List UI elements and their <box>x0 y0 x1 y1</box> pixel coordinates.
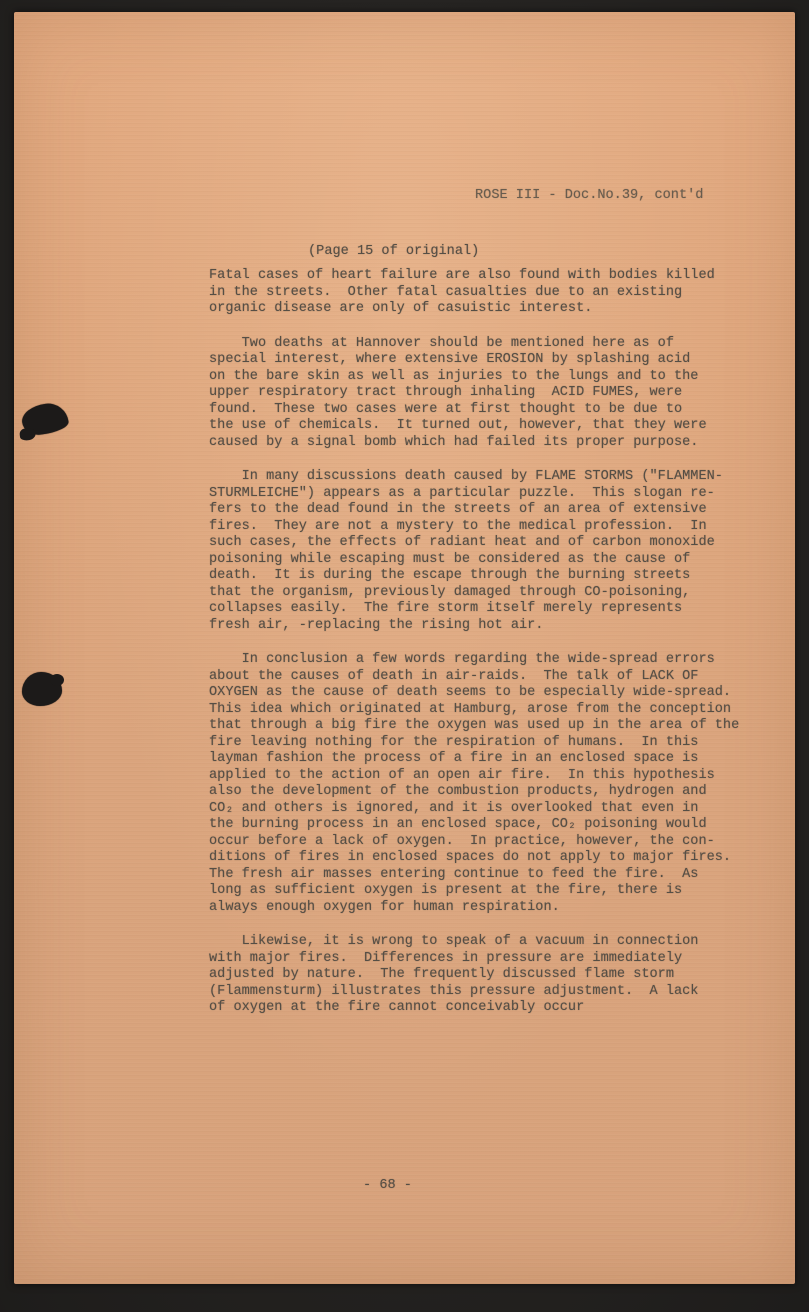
page-number: - 68 - <box>363 1178 412 1195</box>
paragraph-vacuum: Likewise, it is wrong to speak of a vacu… <box>209 934 739 1017</box>
page-note: (Page 15 of original) <box>308 244 479 261</box>
ink-blot-top <box>20 401 69 436</box>
ink-blot-bottom <box>22 672 62 706</box>
document-header: ROSE III - Doc.No.39, cont'd <box>475 188 703 205</box>
paragraph-lack-of-oxygen: In conclusion a few words regarding the … <box>209 652 739 916</box>
document-body: Fatal cases of heart failure are also fo… <box>209 268 739 1035</box>
paragraph-hannover-deaths: Two deaths at Hannover should be mention… <box>209 336 739 452</box>
paragraph-fatal-cases: Fatal cases of heart failure are also fo… <box>209 268 739 318</box>
scan-background: ROSE III - Doc.No.39, cont'd (Page 15 of… <box>0 0 809 1312</box>
document-page: ROSE III - Doc.No.39, cont'd (Page 15 of… <box>14 12 795 1284</box>
paragraph-flame-storms: In many discussions death caused by FLAM… <box>209 469 739 634</box>
